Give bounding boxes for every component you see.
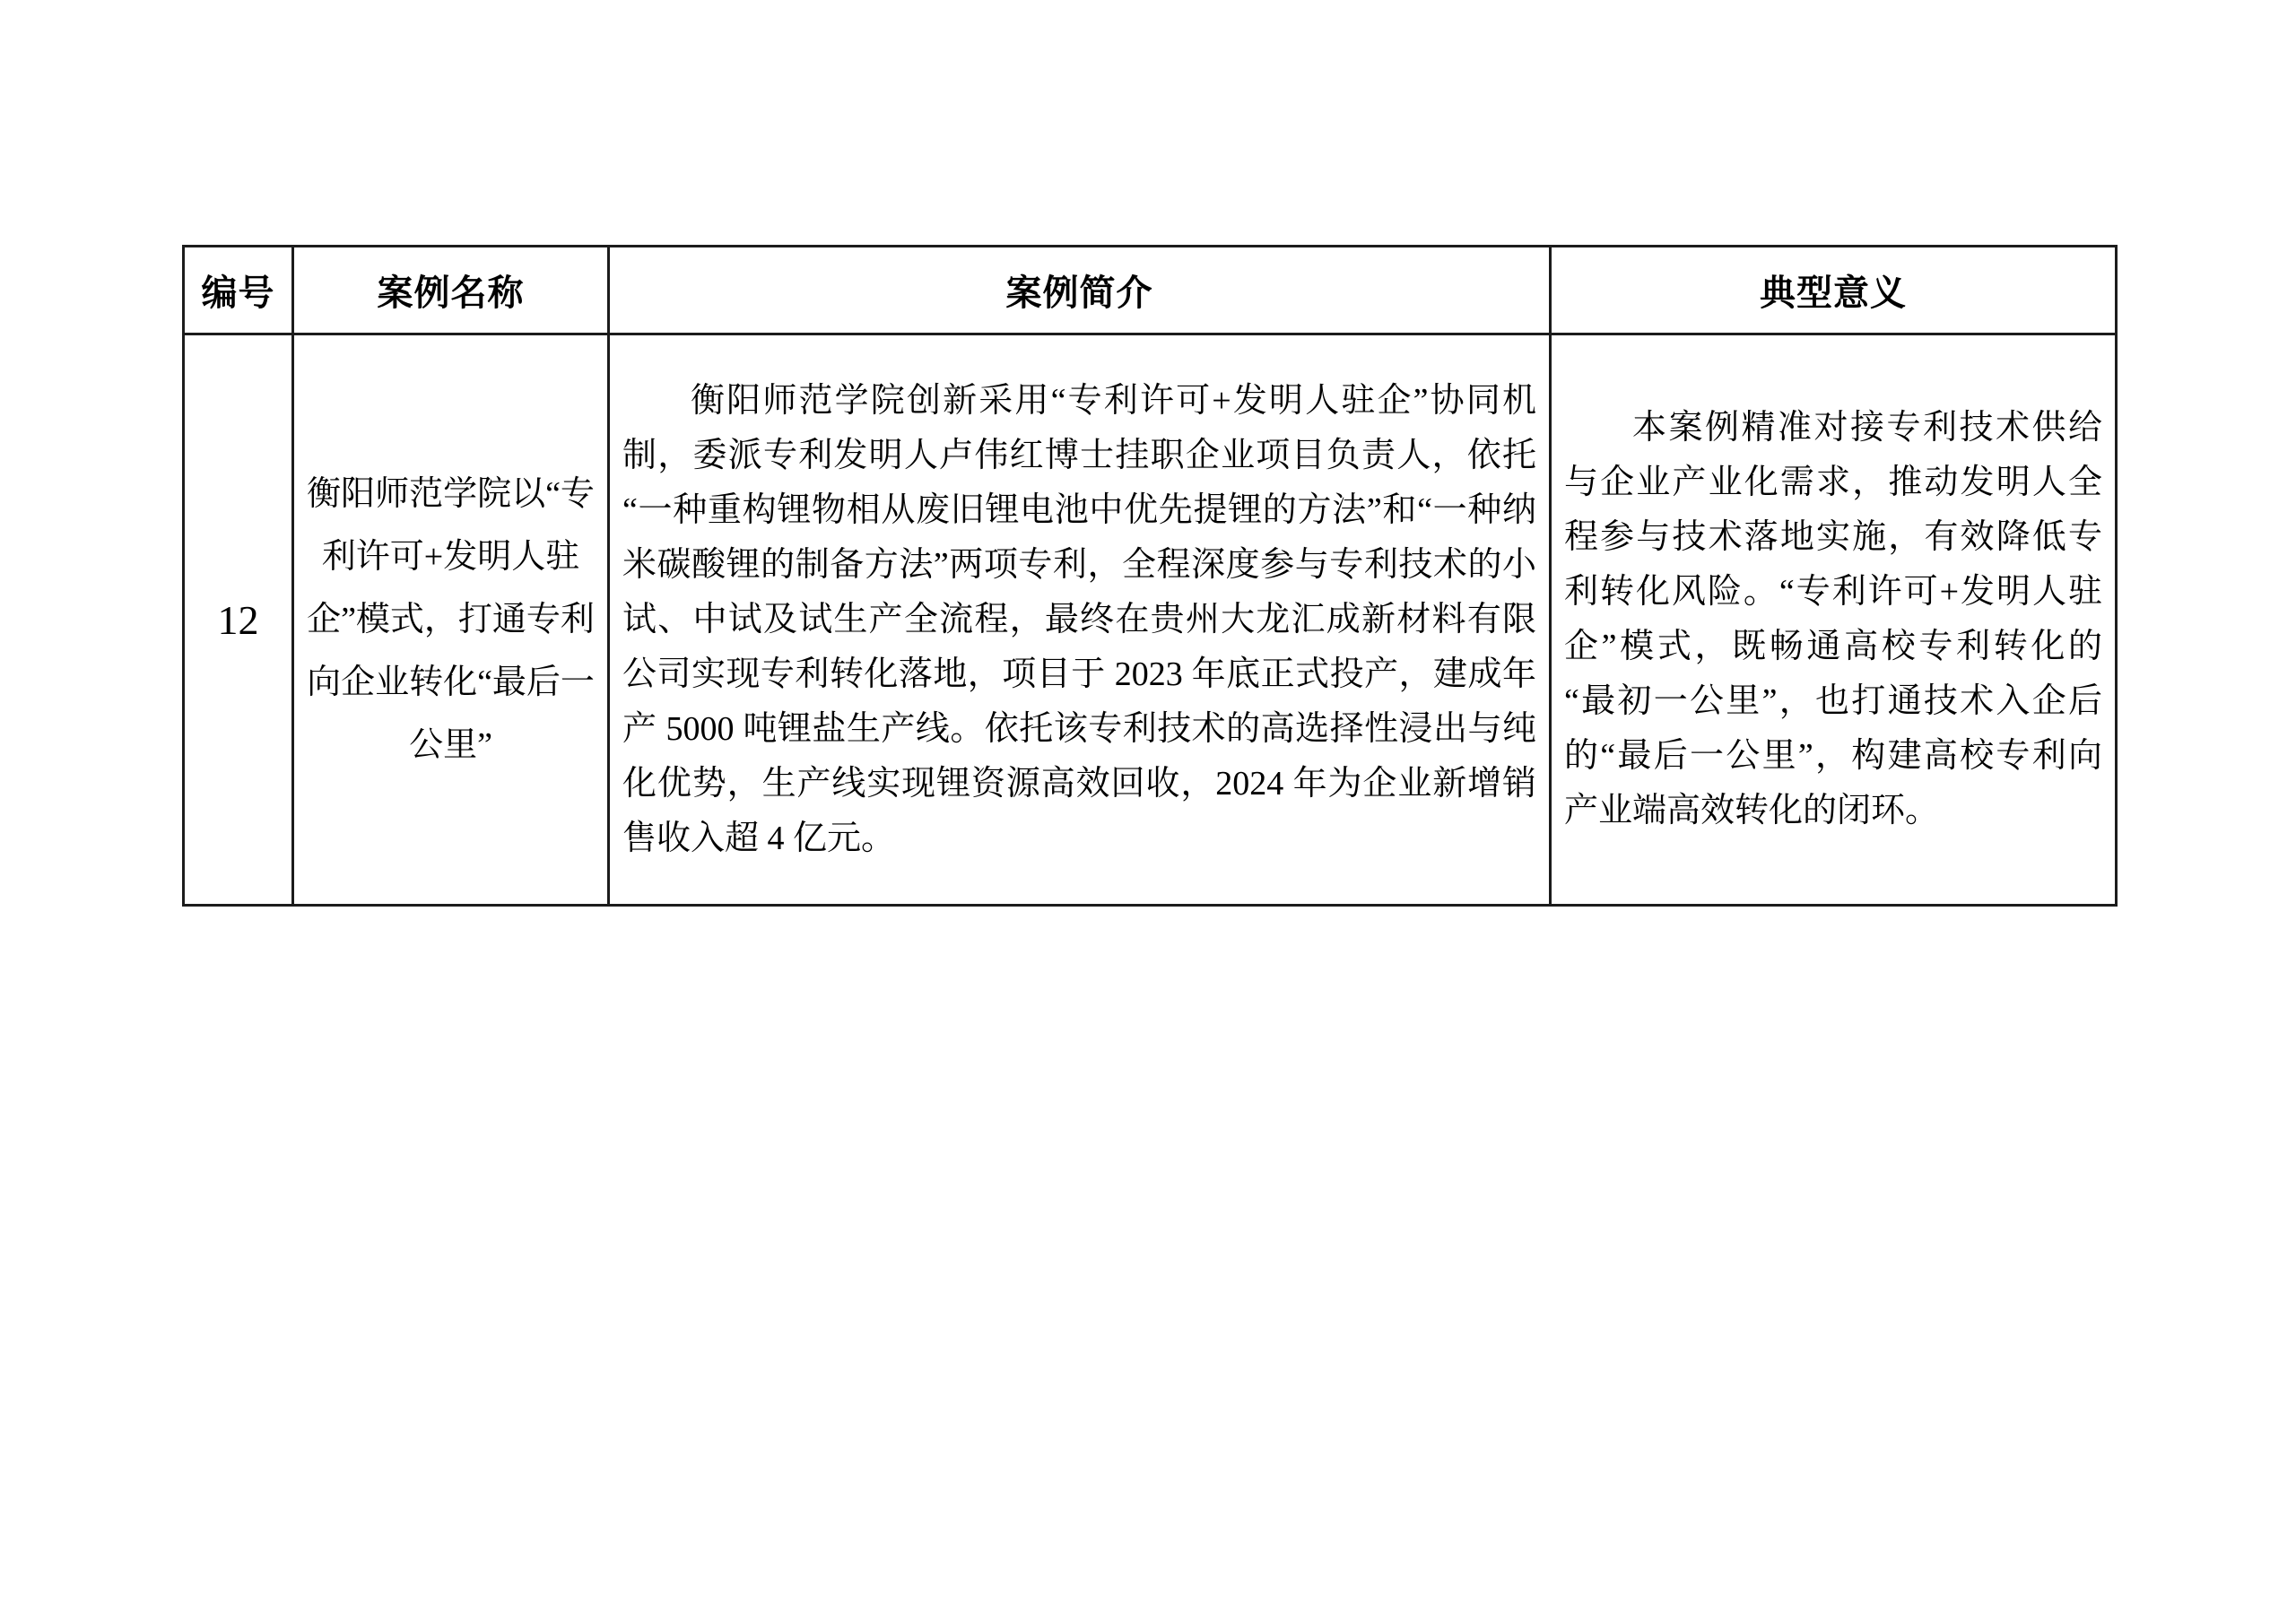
case-summary-text: 衡阳师范学院创新采用“专利许可+发明人驻企”协同机制，委派专利发明人卢伟红博士挂… — [622, 374, 1536, 866]
header-cell-significance: 典型意义 — [1551, 247, 2117, 334]
document-page: 编号 案例名称 案例简介 典型意义 12 衡阳师范学院以“专利许可+发明人驻企”… — [0, 0, 2296, 1623]
case-significance-text: 本案例精准对接专利技术供给与企业产业化需求，推动发明人全程参与技术落地实施，有效… — [1564, 401, 2102, 838]
table-header-row: 编号 案例名称 案例简介 典型意义 — [184, 247, 2117, 334]
case-significance-cell: 本案例精准对接专利技术供给与企业产业化需求，推动发明人全程参与技术落地实施，有效… — [1551, 334, 2117, 906]
case-number-cell: 12 — [184, 334, 293, 906]
table-row: 12 衡阳师范学院以“专利许可+发明人驻企”模式，打通专利向企业转化“最后一公里… — [184, 334, 2117, 906]
case-name-cell: 衡阳师范学院以“专利许可+发明人驻企”模式，打通专利向企业转化“最后一公里” — [293, 334, 609, 906]
header-cell-case-name: 案例名称 — [293, 247, 609, 334]
header-cell-case-summary: 案例简介 — [609, 247, 1551, 334]
case-table: 编号 案例名称 案例简介 典型意义 12 衡阳师范学院以“专利许可+发明人驻企”… — [182, 245, 2118, 907]
header-cell-number: 编号 — [184, 247, 293, 334]
case-summary-cell: 衡阳师范学院创新采用“专利许可+发明人驻企”协同机制，委派专利发明人卢伟红博士挂… — [609, 334, 1551, 906]
